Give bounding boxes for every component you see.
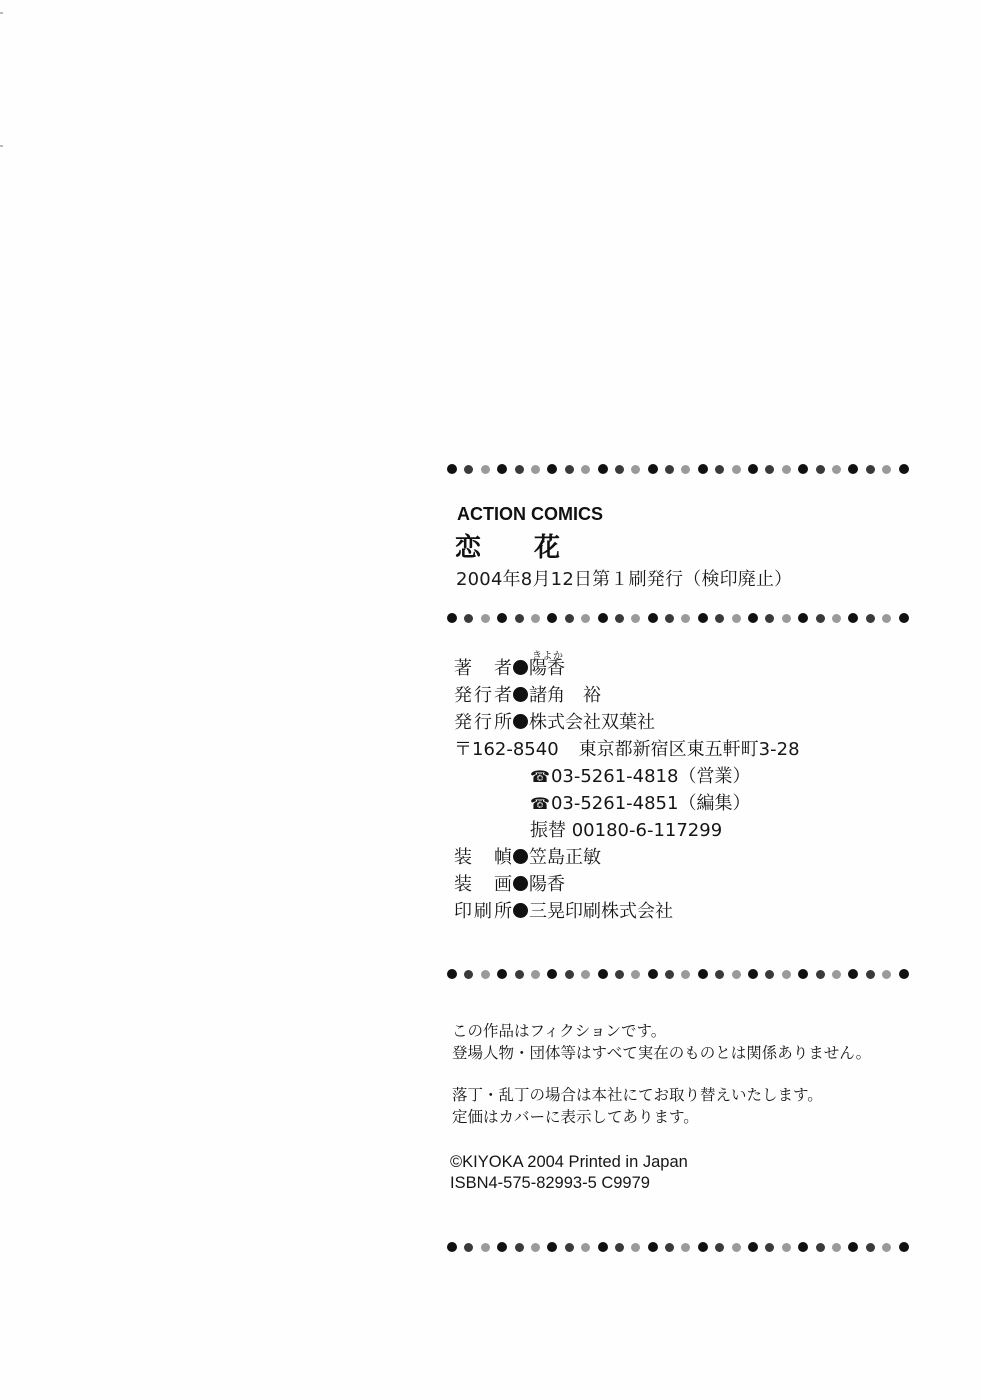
dot-icon (497, 464, 507, 474)
dot-icon (481, 614, 490, 623)
dot-icon (732, 970, 741, 979)
dot-icon (782, 465, 791, 474)
phone-icon: ☎ (530, 790, 550, 817)
credit-label: 印刷所 (454, 898, 512, 925)
phone-icon: ☎ (530, 763, 550, 790)
dot-icon (798, 969, 808, 979)
dot-icon (665, 465, 674, 474)
credit-label: 発行所 (454, 709, 512, 736)
dot-icon (481, 970, 490, 979)
dot-icon (631, 614, 640, 623)
note-disclaimer: 登場人物・団体等はすべて実在のものとは関係ありません。 (452, 1042, 871, 1064)
dot-icon (447, 464, 457, 474)
publisher-address: 〒162-8540東京都新宿区東五軒町3-28 (454, 736, 800, 763)
credit-value: 笠島正敏 (529, 847, 601, 868)
dot-icon (782, 970, 791, 979)
bullet-icon (513, 687, 528, 702)
credit-publisher-person: 発行者諸角 裕 (454, 682, 800, 709)
dot-icon (581, 1243, 590, 1252)
dot-icon (464, 1243, 473, 1252)
note-fiction: この作品はフィクションです。 (452, 1020, 871, 1042)
dot-icon (581, 614, 590, 623)
dot-icon (816, 465, 825, 474)
street-address: 東京都新宿区東五軒町3-28 (579, 739, 800, 760)
phone-editorial: ☎03-5261-4851（編集） (454, 790, 800, 817)
dot-icon (447, 1242, 457, 1252)
dot-icon (547, 969, 557, 979)
dot-icon (615, 1243, 624, 1252)
dot-icon (631, 465, 640, 474)
bullet-icon (513, 876, 528, 891)
book-title: 恋 花 (455, 527, 582, 564)
dot-icon (798, 613, 808, 623)
dot-icon (816, 970, 825, 979)
dot-icon (648, 1242, 658, 1252)
dot-icon (715, 465, 724, 474)
credit-label: 著 者 (454, 655, 512, 682)
dot-icon (882, 1243, 891, 1252)
author-ruby: きよか (532, 643, 564, 670)
dot-icon (598, 969, 608, 979)
dot-icon (547, 613, 557, 623)
dot-icon (565, 1243, 574, 1252)
dot-icon (515, 614, 524, 623)
dot-icon (882, 465, 891, 474)
dot-divider (447, 463, 927, 475)
series-name: ACTION COMICS (457, 504, 603, 525)
dot-icon (798, 1242, 808, 1252)
transfer-number: 00180-6-117299 (572, 820, 722, 841)
dot-icon (615, 970, 624, 979)
dot-icon (665, 1243, 674, 1252)
dot-icon (631, 970, 640, 979)
dot-icon (848, 1242, 858, 1252)
colophon-page: ACTION COMICS 恋 花 2004年8月12日第１刷発行（検印廃止） … (0, 0, 981, 1400)
credit-value: 陽香 (529, 874, 565, 895)
credit-value: 株式会社双葉社 (529, 712, 655, 733)
bullet-icon (513, 714, 528, 729)
dot-icon (765, 1243, 774, 1252)
credit-label: 発行者 (454, 682, 512, 709)
note-price: 定価はカバーに表示してあります。 (452, 1106, 871, 1128)
dot-icon (681, 465, 690, 474)
phone-dept: （編集） (678, 793, 750, 814)
postal-code: 〒162-8540 (454, 739, 559, 760)
dot-icon (447, 969, 457, 979)
dot-icon (698, 969, 708, 979)
dot-icon (848, 613, 858, 623)
dot-icon (866, 614, 875, 623)
dot-icon (681, 614, 690, 623)
dot-icon (715, 1243, 724, 1252)
phone-number: 03-5261-4818 (551, 766, 679, 787)
dot-icon (464, 970, 473, 979)
dot-icon (748, 464, 758, 474)
dot-divider (447, 612, 927, 624)
dot-icon (899, 969, 909, 979)
dot-icon (665, 614, 674, 623)
dot-icon (515, 970, 524, 979)
phone-dept: （営業） (678, 766, 750, 787)
dot-icon (715, 970, 724, 979)
dot-icon (698, 464, 708, 474)
dot-icon (598, 464, 608, 474)
dot-icon (515, 1243, 524, 1252)
dot-divider (447, 968, 927, 980)
dot-divider (447, 1241, 927, 1253)
dot-icon (464, 465, 473, 474)
dot-icon (681, 1243, 690, 1252)
dot-icon (748, 969, 758, 979)
dot-icon (665, 970, 674, 979)
dot-icon (848, 464, 858, 474)
dot-icon (866, 465, 875, 474)
dot-icon (598, 1242, 608, 1252)
dot-icon (648, 613, 658, 623)
credits-list: きよか 著 者陽香 発行者諸角 裕 発行所株式会社双葉社 〒162-8540東京… (454, 655, 800, 925)
dot-icon (899, 1242, 909, 1252)
dot-icon (515, 465, 524, 474)
credit-value: 諸角 裕 (529, 685, 601, 706)
dot-icon (615, 614, 624, 623)
credit-value: 三晃印刷株式会社 (529, 901, 673, 922)
dot-icon (748, 613, 758, 623)
dot-icon (481, 1243, 490, 1252)
dot-icon (832, 970, 841, 979)
dot-icon (447, 613, 457, 623)
credit-author: きよか 著 者陽香 (454, 655, 800, 682)
scan-artifact (0, 145, 3, 147)
note-replacement: 落丁・乱丁の場合は本社にてお取り替えいたします。 (452, 1084, 871, 1106)
dot-icon (899, 464, 909, 474)
dot-icon (748, 1242, 758, 1252)
dot-icon (848, 969, 858, 979)
dot-icon (882, 614, 891, 623)
dot-icon (698, 1242, 708, 1252)
transfer-label: 振替 (530, 820, 566, 841)
dot-icon (899, 613, 909, 623)
dot-icon (698, 613, 708, 623)
isbn: ISBN4-575-82993-5 C9979 (450, 1173, 688, 1194)
dot-icon (866, 970, 875, 979)
dot-icon (547, 1242, 557, 1252)
dot-icon (531, 970, 540, 979)
dot-icon (531, 614, 540, 623)
dot-icon (547, 464, 557, 474)
dot-icon (648, 969, 658, 979)
dot-icon (581, 465, 590, 474)
dot-icon (765, 970, 774, 979)
phone-sales: ☎03-5261-4818（営業） (454, 763, 800, 790)
notes-block: この作品はフィクションです。 登場人物・団体等はすべて実在のものとは関係ありませ… (452, 1020, 871, 1128)
dot-icon (832, 465, 841, 474)
dot-icon (531, 465, 540, 474)
dot-icon (715, 614, 724, 623)
dot-icon (565, 970, 574, 979)
dot-icon (798, 464, 808, 474)
bullet-icon (513, 660, 528, 675)
copyright-block: ©KIYOKA 2004 Printed in Japan ISBN4-575-… (450, 1152, 688, 1194)
credit-printer: 印刷所三晃印刷株式会社 (454, 898, 800, 925)
dot-icon (732, 465, 741, 474)
dot-icon (565, 465, 574, 474)
credit-cover-art: 装 画陽香 (454, 871, 800, 898)
dot-icon (648, 464, 658, 474)
copyright-line: ©KIYOKA 2004 Printed in Japan (450, 1152, 688, 1173)
dot-icon (598, 613, 608, 623)
dot-icon (497, 613, 507, 623)
dot-icon (732, 1243, 741, 1252)
bullet-icon (513, 903, 528, 918)
dot-icon (866, 1243, 875, 1252)
dot-icon (581, 970, 590, 979)
credit-publisher: 発行所株式会社双葉社 (454, 709, 800, 736)
dot-icon (782, 614, 791, 623)
transfer-account: 振替 00180-6-117299 (454, 817, 800, 844)
dot-icon (832, 614, 841, 623)
dot-icon (732, 614, 741, 623)
dot-icon (782, 1243, 791, 1252)
credit-binding: 装 幀笠島正敏 (454, 844, 800, 871)
scan-artifact (0, 12, 3, 14)
dot-icon (631, 1243, 640, 1252)
dot-icon (497, 1242, 507, 1252)
dot-icon (615, 465, 624, 474)
dot-icon (464, 614, 473, 623)
publication-date: 2004年8月12日第１刷発行（検印廃止） (456, 565, 792, 591)
bullet-icon (513, 849, 528, 864)
dot-icon (681, 970, 690, 979)
dot-icon (531, 1243, 540, 1252)
dot-icon (497, 969, 507, 979)
credit-label: 装 画 (454, 871, 512, 898)
phone-number: 03-5261-4851 (551, 793, 679, 814)
dot-icon (481, 465, 490, 474)
dot-icon (832, 1243, 841, 1252)
dot-icon (816, 1243, 825, 1252)
dot-icon (765, 465, 774, 474)
dot-icon (882, 970, 891, 979)
credit-label: 装 幀 (454, 844, 512, 871)
dot-icon (765, 614, 774, 623)
dot-icon (565, 614, 574, 623)
dot-icon (816, 614, 825, 623)
